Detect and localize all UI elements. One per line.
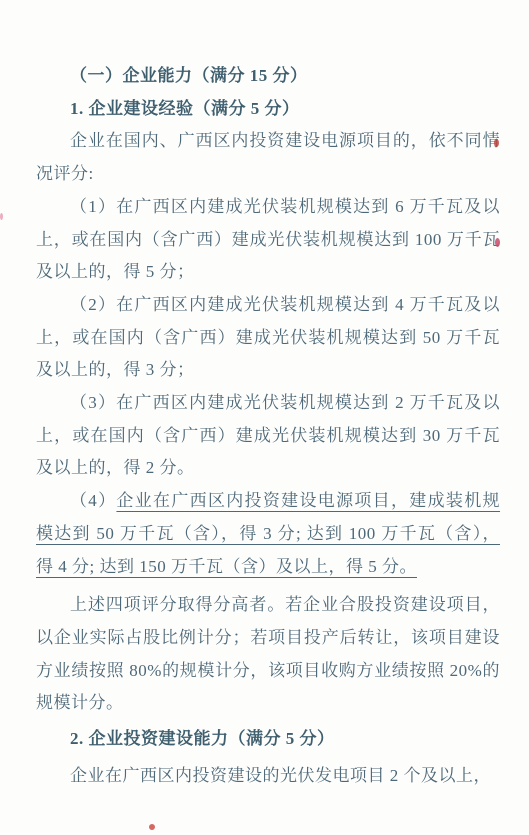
subsection-heading-2: 2. 企业投资建设能力（满分 5 分） — [36, 723, 500, 756]
body-line: 企业在国内、广西区内投资建设电源项目的，依不同情 — [36, 125, 500, 158]
clause-4-prefix: （4） — [70, 491, 116, 510]
document-content: （一）企业能力（满分 15 分） 1. 企业建设经验（满分 5 分） 企业在国内… — [0, 0, 529, 792]
summary-line: 规模计分。 — [36, 687, 500, 720]
clause-3-line: 及以上的，得 2 分。 — [36, 452, 500, 485]
clause-4-underlined-text: 企业在广西区内投资建设电源项目，建成装机规 — [116, 491, 500, 510]
clause-3-line: （3）在广西区内建成光伏装机规模达到 2 万千瓦及以 — [36, 387, 500, 420]
scan-artifact-red-speck — [495, 238, 500, 247]
clause-1-line: 上，或在国内（含广西）建成光伏装机规模达到 100 万千瓦 — [36, 224, 500, 257]
body-line: 况评分: — [36, 158, 500, 191]
clause-2-line: 及以上的，得 3 分； — [36, 354, 500, 387]
clause-2-line: （2）在广西区内建成光伏装机规模达到 4 万千瓦及以 — [36, 289, 500, 322]
document-page: （一）企业能力（满分 15 分） 1. 企业建设经验（满分 5 分） 企业在国内… — [0, 0, 529, 835]
clause-1-line: 及以上的，得 5 分； — [36, 256, 500, 289]
subsection-heading-1: 1. 企业建设经验（满分 5 分） — [36, 93, 500, 126]
scan-artifact-red-speck — [149, 824, 155, 830]
summary-line: 上述四项评分取得分高者。若企业合股投资建设项目， — [36, 589, 500, 622]
clause-1-line: （1）在广西区内建成光伏装机规模达到 6 万千瓦及以 — [36, 191, 500, 224]
clause-4-line: 得 4 分; 达到 150 万千瓦（含）及以上，得 5 分。 — [36, 551, 500, 584]
clause-4-underlined-text: 得 4 分; 达到 150 万千瓦（含）及以上，得 5 分。 — [36, 557, 417, 576]
body-line: 企业在广西区内投资建设的光伏发电项目 2 个及以上， — [36, 760, 500, 793]
scan-artifact-pink-speck — [0, 213, 3, 220]
summary-line: 方业绩按照 80%的规模计分，该项目收购方业绩按照 20%的 — [36, 655, 500, 688]
clause-3-line: 上，或在国内（含广西）建成光伏装机规模达到 30 万千瓦 — [36, 420, 500, 453]
scan-artifact-red-speck — [494, 139, 499, 147]
section-heading-1: （一）企业能力（满分 15 分） — [36, 60, 500, 93]
summary-line: 以企业实际占股比例计分；若项目投产后转让，该项目建设 — [36, 622, 500, 655]
clause-4-line: （4）企业在广西区内投资建设电源项目，建成装机规 — [36, 485, 500, 518]
clause-2-line: 上，或在国内（含广西）建成光伏装机规模达到 50 万千瓦 — [36, 322, 500, 355]
clause-4-underlined-text: 模达到 50 万千瓦（含），得 3 分; 达到 100 万千瓦（含）， — [36, 524, 500, 543]
clause-4-line: 模达到 50 万千瓦（含），得 3 分; 达到 100 万千瓦（含）， — [36, 518, 500, 551]
